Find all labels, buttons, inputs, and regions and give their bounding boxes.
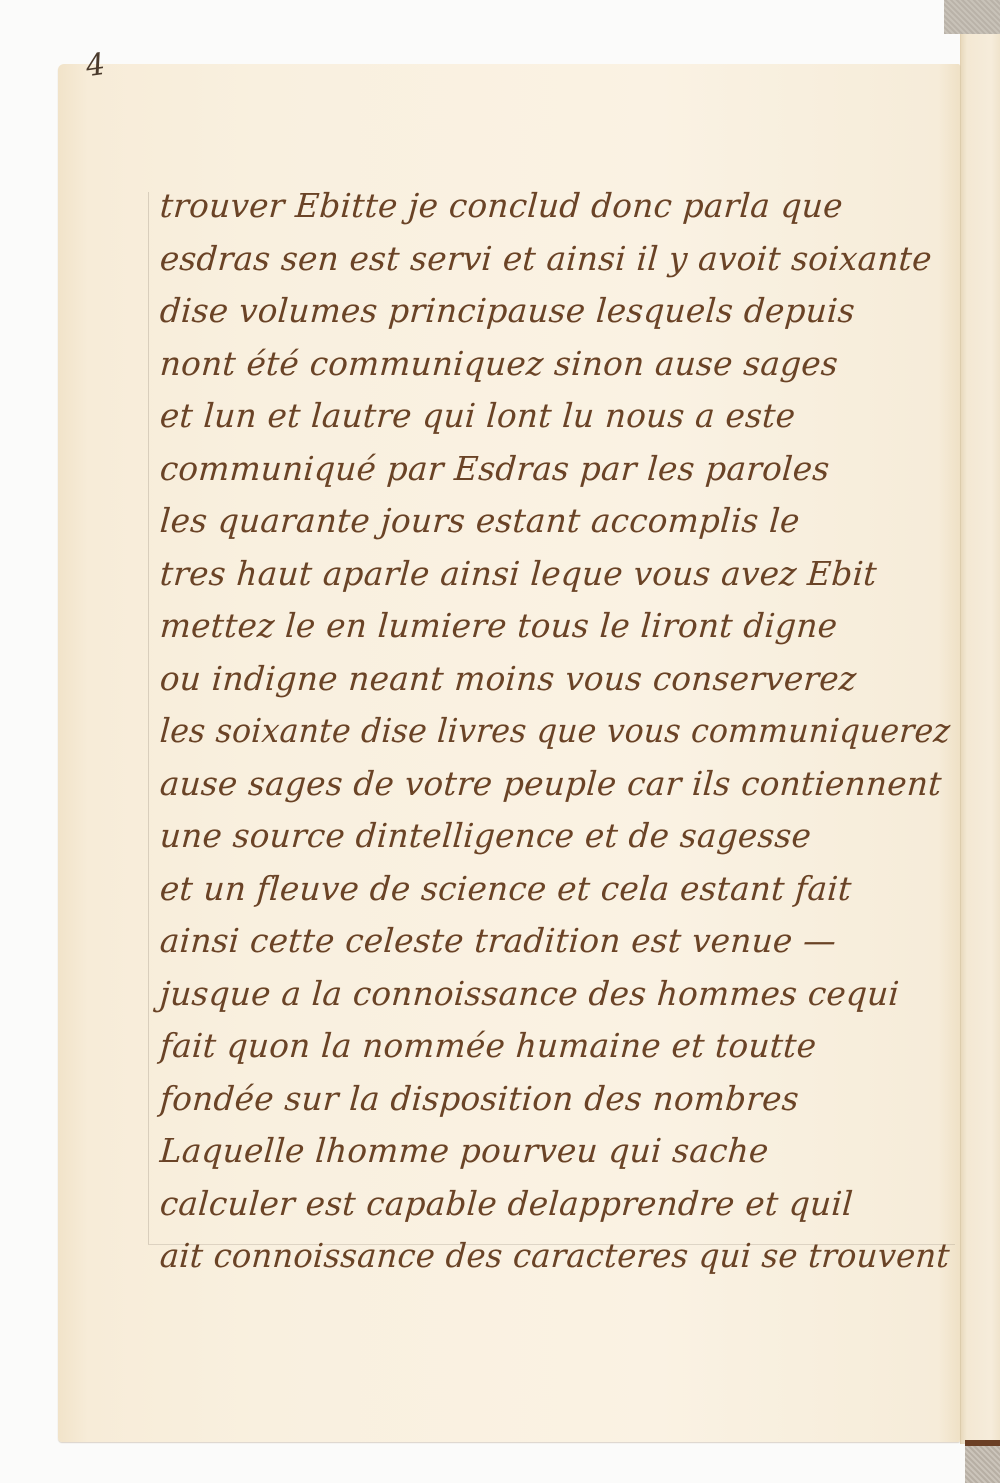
binding-cloth-bottom bbox=[965, 1440, 1000, 1483]
text-line: ou indigne neant moins vous conserverez bbox=[158, 653, 952, 706]
text-line: une source dintelligence et de sagesse bbox=[158, 810, 952, 863]
handwritten-text-block: trouver Ebitte je conclud donc parla que… bbox=[160, 180, 960, 1283]
text-line: ainsi cette celeste tradition est venue … bbox=[158, 915, 952, 968]
text-line: jusque a la connoissance des hommes cequ… bbox=[158, 968, 952, 1021]
text-line: communiqué par Esdras par les paroles bbox=[158, 443, 952, 496]
text-line: calculer est capable delapprendre et qui… bbox=[158, 1178, 952, 1231]
text-line: trouver Ebitte je conclud donc parla que bbox=[158, 180, 952, 233]
text-line: et un fleuve de science et cela estant f… bbox=[158, 863, 952, 916]
book-spine-gutter bbox=[960, 34, 1000, 1444]
text-line: esdras sen est servi et ainsi il y avoit… bbox=[158, 233, 952, 286]
text-line: nont été communiquez sinon ause sages bbox=[158, 338, 952, 391]
text-line: mettez le en lumiere tous le liront dign… bbox=[158, 600, 952, 653]
text-line: tres haut aparle ainsi leque vous avez E… bbox=[158, 548, 952, 601]
text-line: ait connoissance des caracteres qui se t… bbox=[158, 1230, 940, 1283]
binding-cloth-top bbox=[944, 0, 1000, 34]
text-line: et lun et lautre qui lont lu nous a este bbox=[158, 390, 952, 443]
text-line: ause sages de votre peuple car ils conti… bbox=[158, 758, 952, 811]
text-line: les soixante dise livres que vous commun… bbox=[158, 705, 922, 758]
text-line: Laquelle lhomme pourveu qui sache bbox=[158, 1125, 952, 1178]
text-line: les quarante jours estant accomplis le bbox=[158, 495, 952, 548]
text-line: dise volumes principause lesquels depuis bbox=[158, 285, 952, 338]
text-line: fait quon la nommée humaine et toutte bbox=[158, 1020, 952, 1073]
text-line: fondée sur la disposition des nombres bbox=[158, 1073, 952, 1126]
folio-number: 4 bbox=[84, 47, 108, 84]
